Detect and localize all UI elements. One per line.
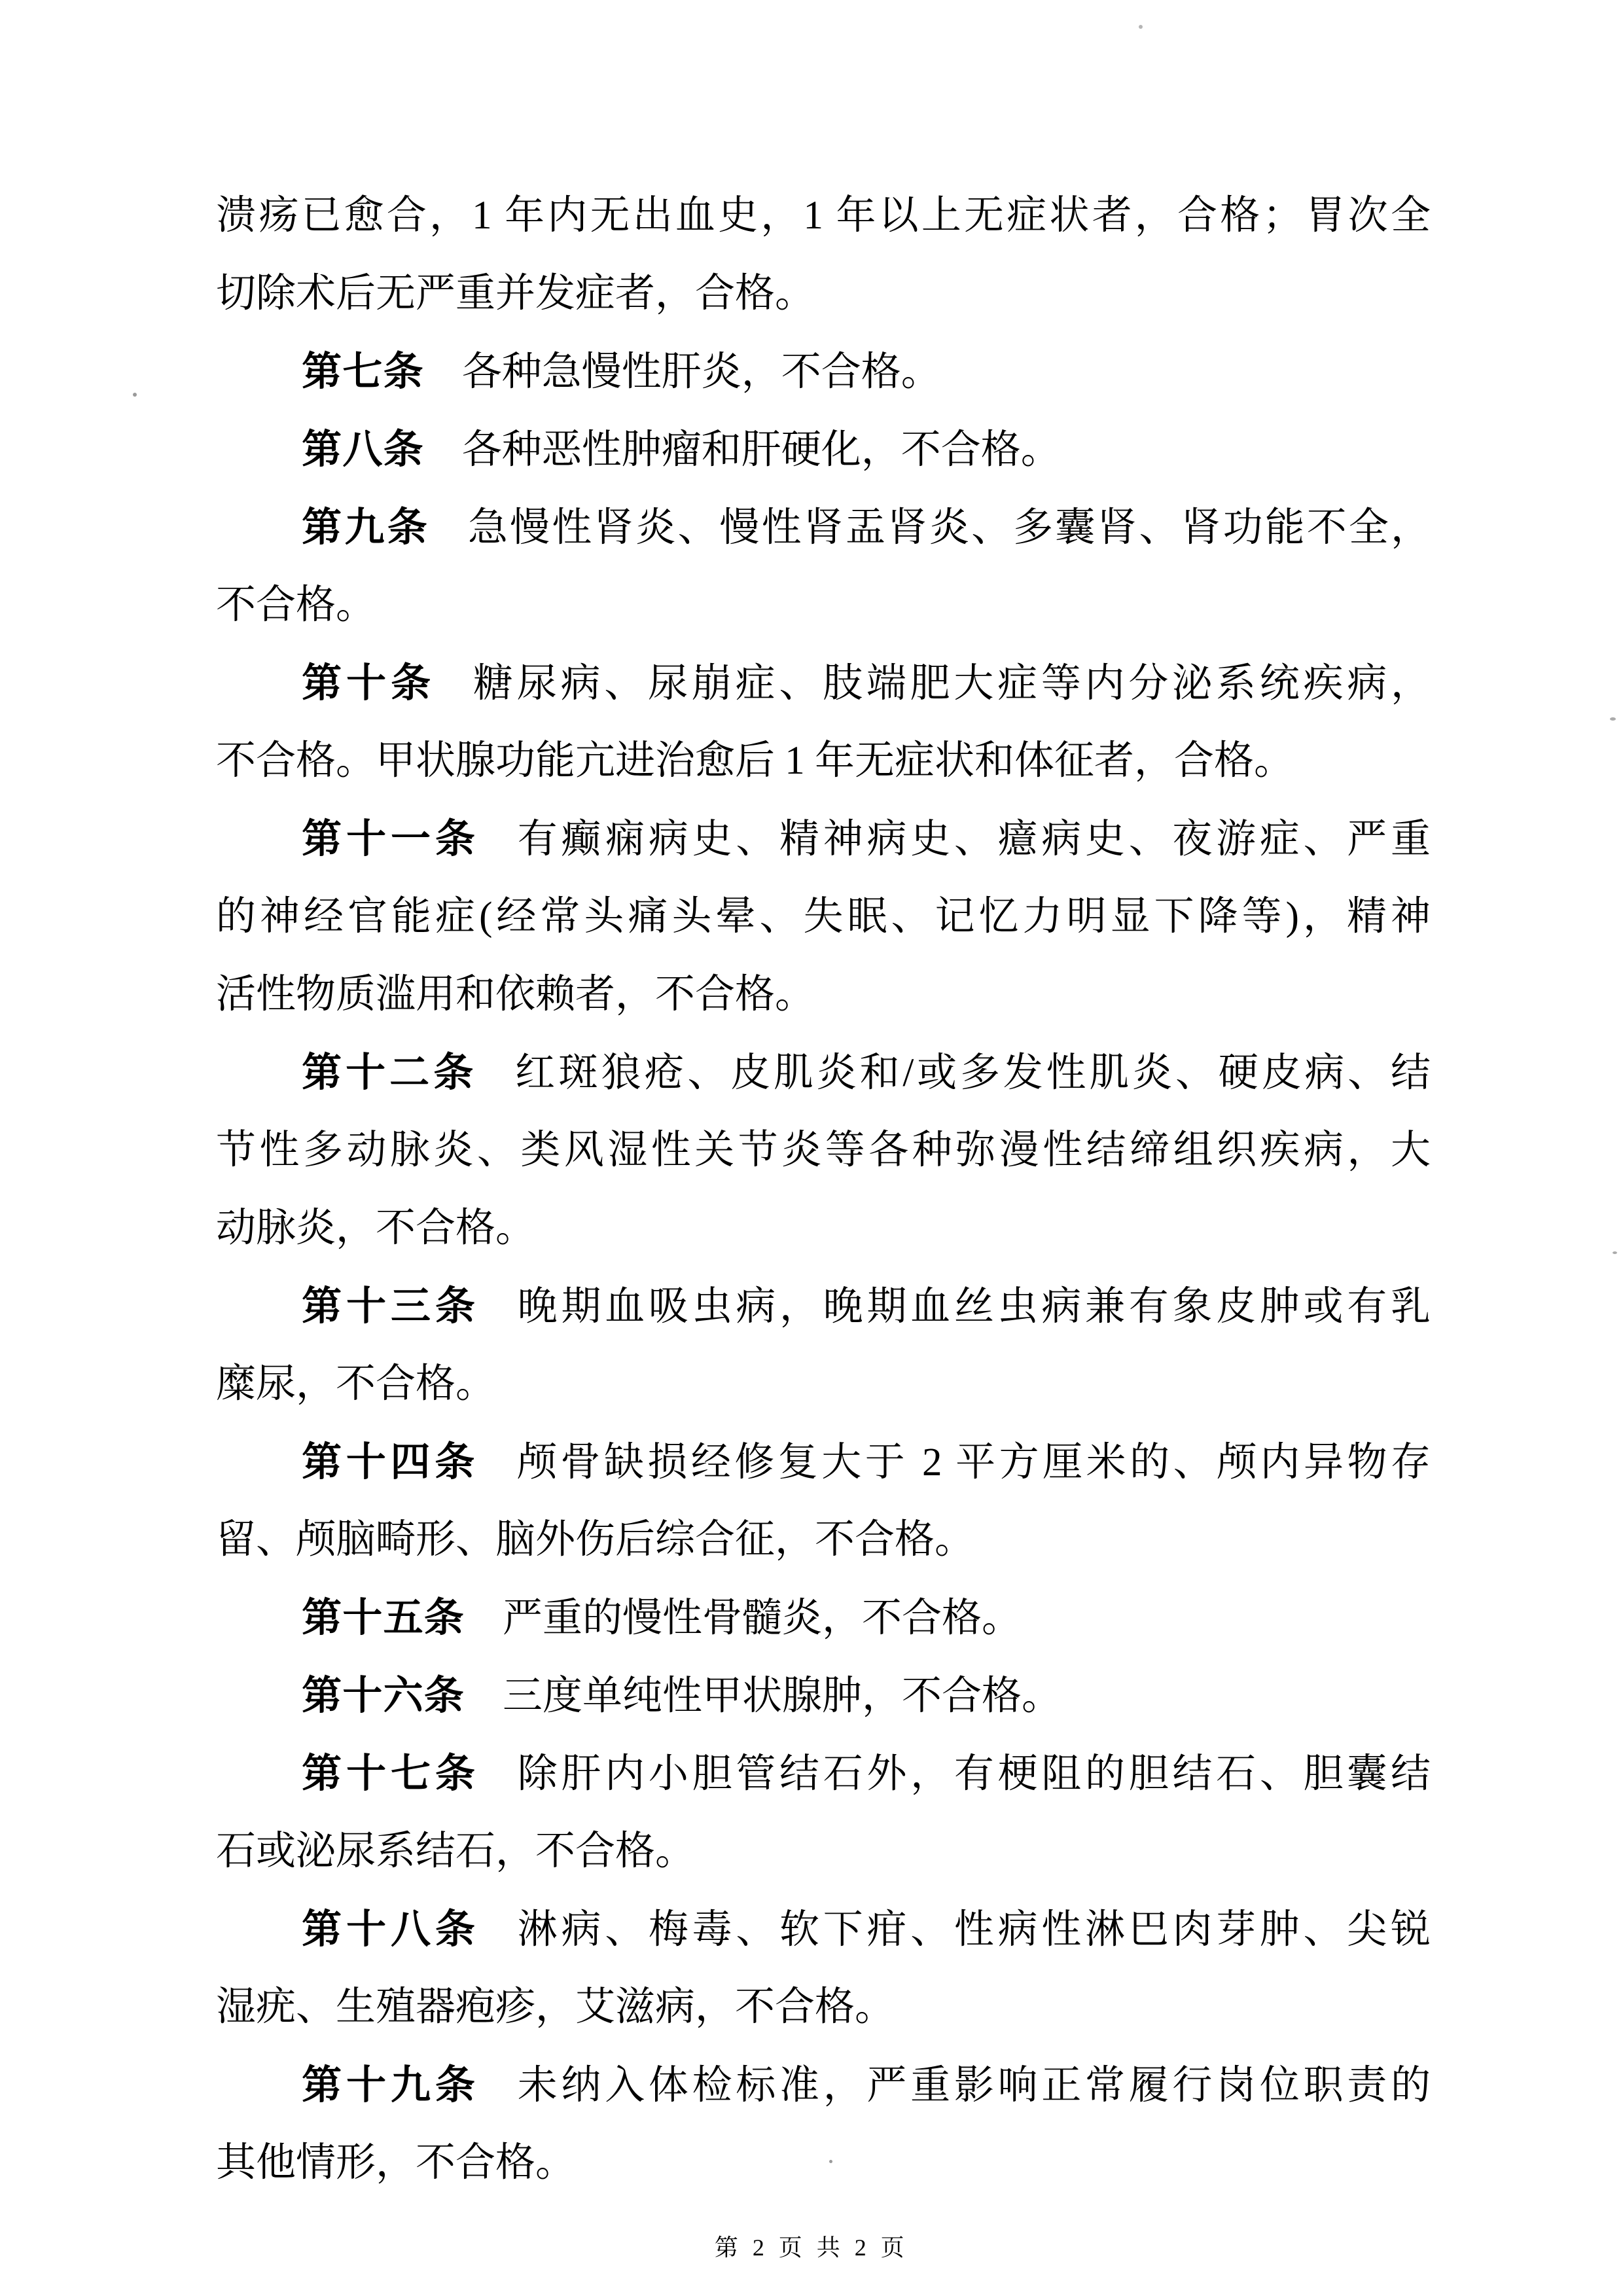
- line-text: 红斑狼疮、皮肌炎和/或多发性肌炎、硬皮病、结: [515, 1051, 1431, 1095]
- text-line: 第十七条除肝内小胆管结石外，有梗阻的胆结石、胆囊结: [216, 1734, 1431, 1812]
- text-line: 第十四条颅骨缺损经修复大于 2 平方厘米的、颅内异物存: [216, 1423, 1431, 1501]
- scan-speck: [133, 393, 137, 397]
- article-heading: 第七条: [302, 349, 424, 393]
- article-heading: 第十六条: [302, 1673, 465, 1717]
- scan-speck: [1139, 25, 1143, 29]
- scan-speck: [829, 2160, 832, 2163]
- line-text: 节性多动脉炎、类风湿性关节炎等各种弥漫性结缔组织疾病，大: [216, 1128, 1431, 1172]
- line-text: 留、颅脑畸形、脑外伤后综合征，不合格。: [216, 1518, 974, 1562]
- text-line: 留、颅脑畸形、脑外伤后综合征，不合格。: [216, 1501, 1431, 1579]
- article-heading: 第十二条: [302, 1050, 477, 1094]
- text-line: 第十九条未纳入体检标准，严重影响正常履行岗位职责的: [216, 2046, 1431, 2124]
- line-text: 颅骨缺损经修复大于 2 平方厘米的、颅内异物存: [517, 1441, 1431, 1484]
- line-text: 有癫痫病史、精神病史、癔病史、夜游症、严重: [518, 817, 1431, 861]
- line-text: 各种恶性肿瘤和肝硬化，不合格。: [462, 428, 1061, 472]
- article-heading: 第十七条: [302, 1751, 480, 1795]
- text-line: 糜尿，不合格。: [216, 1345, 1431, 1423]
- line-text: 活性物质滥用和依赖者，不合格。: [216, 973, 815, 1016]
- text-line: 第八条各种恶性肿瘤和肝硬化，不合格。: [216, 410, 1431, 488]
- document-page: 溃疡已愈合，1 年内无出血史，1 年以上无症状者，合格；胃次全切除术后无严重并发…: [0, 0, 1623, 2296]
- article-heading: 第十九条: [302, 2062, 480, 2107]
- article-heading: 第十三条: [302, 1283, 480, 1328]
- article-heading: 第十一条: [302, 816, 480, 861]
- text-line: 不合格。甲状腺功能亢进治愈后 1 年无症状和体征者，合格。: [216, 722, 1431, 800]
- article-heading: 第九条: [302, 505, 430, 549]
- text-line: 切除术后无严重并发症者，合格。: [216, 255, 1431, 332]
- text-line: 的神经官能症(经常头痛头晕、失眠、记忆力明显下降等)，精神: [216, 878, 1431, 956]
- line-text: 未纳入体检标准，严重影响正常履行岗位职责的: [518, 2064, 1431, 2108]
- line-text: 糖尿病、尿崩症、肢端肥大症等内分泌系统疾病，: [473, 662, 1431, 706]
- line-text: 除肝内小胆管结石外，有梗阻的胆结石、胆囊结: [518, 1752, 1431, 1796]
- line-text: 不合格。甲状腺功能亢进治愈后 1 年无症状和体征者，合格。: [216, 739, 1294, 783]
- text-line: 湿疣、生殖器疱疹，艾滋病，不合格。: [216, 1968, 1431, 2046]
- line-text: 各种急慢性肝炎，不合格。: [462, 350, 941, 394]
- line-text: 急慢性肾炎、慢性肾盂肾炎、多囊肾、肾功能不全，: [468, 506, 1431, 550]
- line-text: 其他情形，不合格。: [216, 2141, 575, 2185]
- text-line: 不合格。: [216, 566, 1431, 644]
- article-heading: 第十八条: [302, 1907, 480, 1951]
- article-heading: 第十五条: [302, 1595, 465, 1640]
- text-line: 溃疡已愈合，1 年内无出血史，1 年以上无症状者，合格；胃次全: [216, 177, 1431, 255]
- text-line: 第七条各种急慢性肝炎，不合格。: [216, 332, 1431, 410]
- line-text: 切除术后无严重并发症者，合格。: [216, 272, 815, 315]
- text-line: 节性多动脉炎、类风湿性关节炎等各种弥漫性结缔组织疾病，大: [216, 1111, 1431, 1189]
- line-text: 不合格。: [216, 583, 376, 627]
- text-line: 第九条急慢性肾炎、慢性肾盂肾炎、多囊肾、肾功能不全，: [216, 488, 1431, 566]
- line-text: 晚期血吸虫病，晚期血丝虫病兼有象皮肿或有乳: [518, 1285, 1431, 1329]
- line-text: 湿疣、生殖器疱疹，艾滋病，不合格。: [216, 1985, 895, 2029]
- text-line: 第十五条严重的慢性骨髓炎，不合格。: [216, 1579, 1431, 1657]
- text-line: 第十八条淋病、梅毒、软下疳、性病性淋巴肉芽肿、尖锐: [216, 1890, 1431, 1968]
- line-text: 的神经官能症(经常头痛头晕、失眠、记忆力明显下降等)，精神: [216, 895, 1431, 939]
- line-text: 三度单纯性甲状腺肿，不合格。: [503, 1674, 1061, 1718]
- scan-speck: [1610, 717, 1616, 721]
- text-line: 动脉炎，不合格。: [216, 1189, 1431, 1267]
- article-heading: 第十四条: [302, 1439, 479, 1484]
- text-line: 第十条糖尿病、尿崩症、肢端肥大症等内分泌系统疾病，: [216, 644, 1431, 722]
- text-line: 活性物质滥用和依赖者，不合格。: [216, 956, 1431, 1033]
- scan-speck: [1613, 1251, 1617, 1254]
- line-text: 严重的慢性骨髓炎，不合格。: [503, 1596, 1022, 1640]
- line-text: 溃疡已愈合，1 年内无出血史，1 年以上无症状者，合格；胃次全: [216, 194, 1431, 238]
- text-line: 第十六条三度单纯性甲状腺肿，不合格。: [216, 1657, 1431, 1734]
- line-text: 糜尿，不合格。: [216, 1362, 495, 1406]
- text-line: 其他情形，不合格。: [216, 2124, 1431, 2202]
- article-heading: 第十条: [302, 660, 435, 705]
- document-body: 溃疡已愈合，1 年内无出血史，1 年以上无症状者，合格；胃次全切除术后无严重并发…: [216, 177, 1431, 2202]
- text-line: 第十二条红斑狼疮、皮肌炎和/或多发性肌炎、硬皮病、结: [216, 1033, 1431, 1111]
- article-heading: 第八条: [302, 427, 424, 471]
- page-number: 第 2 页 共 2 页: [0, 2229, 1623, 2263]
- text-line: 第十三条晚期血吸虫病，晚期血丝虫病兼有象皮肿或有乳: [216, 1267, 1431, 1345]
- line-text: 动脉炎，不合格。: [216, 1206, 535, 1250]
- line-text: 石或泌尿系结石，不合格。: [216, 1829, 695, 1873]
- text-line: 第十一条有癫痫病史、精神病史、癔病史、夜游症、严重: [216, 800, 1431, 878]
- text-line: 石或泌尿系结石，不合格。: [216, 1812, 1431, 1890]
- line-text: 淋病、梅毒、软下疳、性病性淋巴肉芽肿、尖锐: [518, 1908, 1431, 1952]
